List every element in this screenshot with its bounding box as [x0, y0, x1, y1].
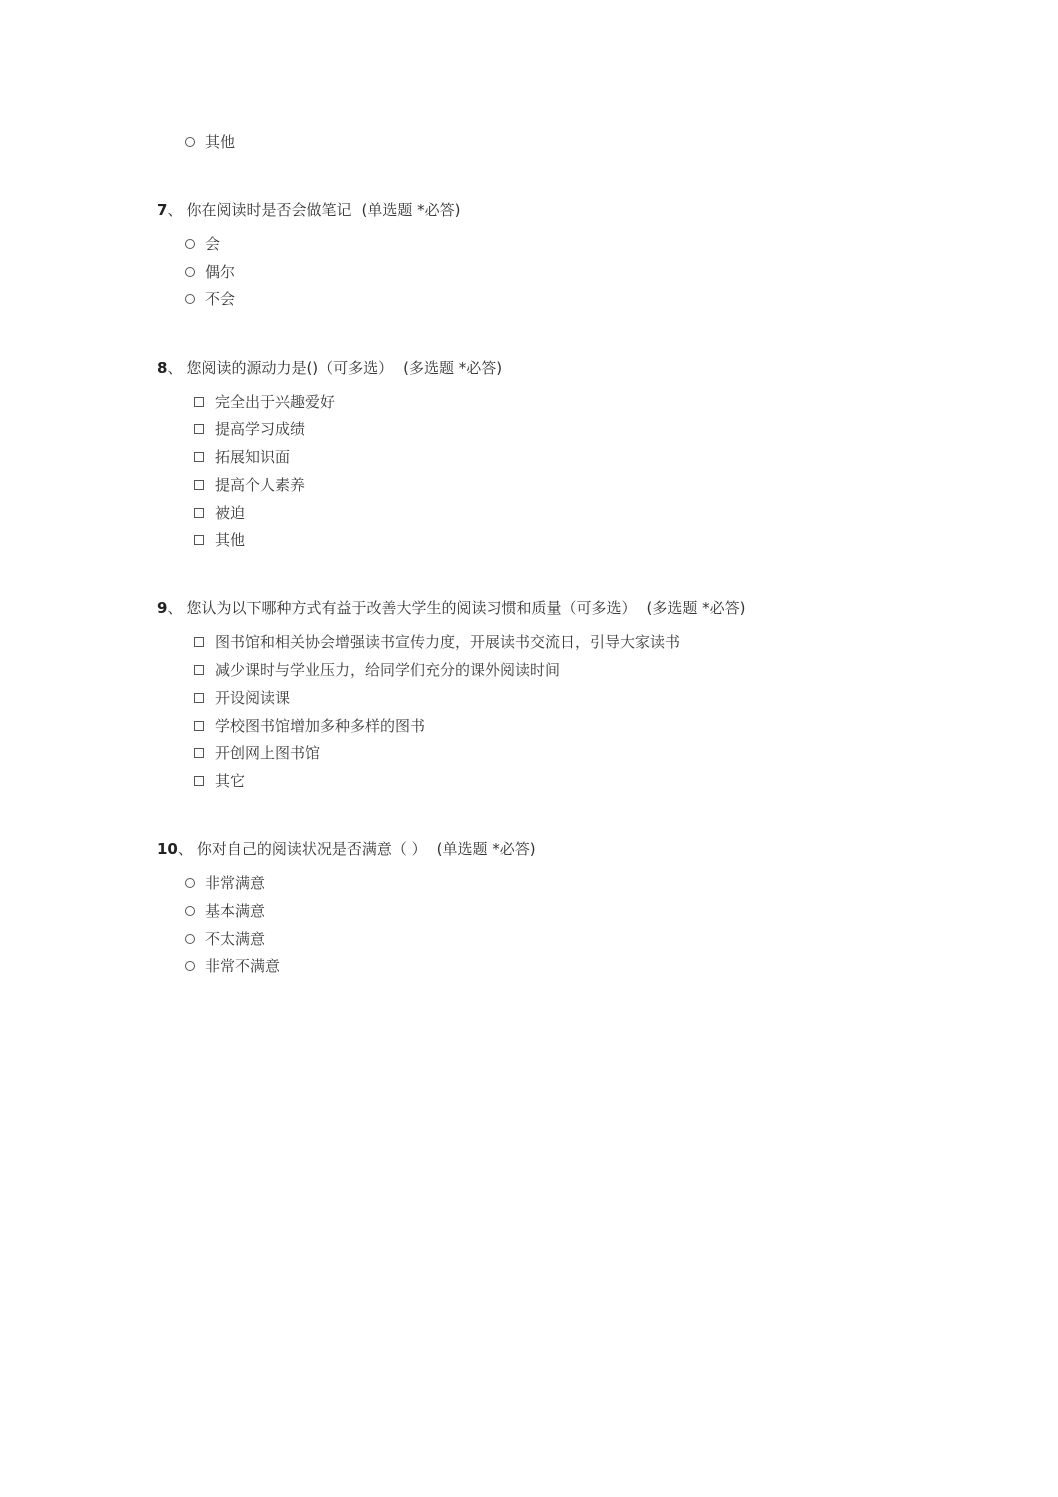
question-text: 您阅读的源动力是()（可多选） — [186, 359, 393, 377]
checkbox-square-icon[interactable] — [194, 748, 204, 758]
checkbox-option[interactable]: 减少课时与学业压力，给同学们充分的课外阅读时间 — [194, 659, 560, 681]
checkbox-square-icon[interactable] — [194, 776, 204, 786]
radio-option[interactable]: 基本满意 — [185, 900, 265, 922]
radio-circle-icon[interactable] — [185, 267, 195, 277]
radio-option[interactable]: 不太满意 — [185, 928, 265, 950]
question-9-title: 9、您认为以下哪种方式有益于改善大学生的阅读习惯和质量（可多选）(多选题 *必答… — [157, 597, 745, 619]
question-type: (多选题 *必答) — [403, 359, 502, 377]
checkbox-square-icon[interactable] — [194, 480, 204, 490]
radio-circle-icon[interactable] — [185, 294, 195, 304]
question-number: 8 — [157, 359, 167, 377]
question-text: 您认为以下哪种方式有益于改善大学生的阅读习惯和质量（可多选） — [186, 599, 636, 617]
radio-option[interactable]: 会 — [185, 233, 220, 255]
question-type: (多选题 *必答) — [646, 599, 745, 617]
checkbox-option[interactable]: 其他 — [194, 529, 245, 551]
checkbox-option[interactable]: 开设阅读课 — [194, 687, 290, 709]
option-label: 拓展知识面 — [215, 446, 290, 468]
checkbox-option[interactable]: 提高个人素养 — [194, 474, 305, 496]
checkbox-square-icon[interactable] — [194, 665, 204, 675]
option-label: 非常满意 — [205, 872, 265, 894]
checkbox-option[interactable]: 完全出于兴趣爱好 — [194, 391, 335, 413]
question-8-title: 8、您阅读的源动力是()（可多选）(多选题 *必答) — [157, 357, 502, 379]
checkbox-square-icon[interactable] — [194, 397, 204, 407]
option-label: 其他 — [215, 529, 245, 551]
radio-option[interactable]: 非常满意 — [185, 872, 265, 894]
radio-circle-icon[interactable] — [185, 239, 195, 249]
radio-option[interactable]: 不会 — [185, 288, 235, 310]
option-label: 其他 — [205, 131, 235, 153]
checkbox-option[interactable]: 其它 — [194, 770, 245, 792]
option-label: 被迫 — [215, 502, 245, 524]
radio-circle-icon[interactable] — [185, 878, 195, 888]
checkbox-option[interactable]: 拓展知识面 — [194, 446, 290, 468]
option-label: 其它 — [215, 770, 245, 792]
option-label: 不会 — [205, 288, 235, 310]
checkbox-square-icon[interactable] — [194, 424, 204, 434]
option-label: 开创网上图书馆 — [215, 742, 320, 764]
checkbox-option[interactable]: 开创网上图书馆 — [194, 742, 320, 764]
question-number: 9 — [157, 599, 167, 617]
checkbox-square-icon[interactable] — [194, 535, 204, 545]
option-label: 提高个人素养 — [215, 474, 305, 496]
option-label: 非常不满意 — [205, 955, 280, 977]
radio-circle-icon[interactable] — [185, 934, 195, 944]
checkbox-option[interactable]: 提高学习成绩 — [194, 418, 305, 440]
question-type: (单选题 *必答) — [361, 201, 460, 219]
option-label: 基本满意 — [205, 900, 265, 922]
question-text: 你在阅读时是否会做笔记 — [186, 201, 351, 219]
question-type: (单选题 *必答) — [437, 840, 536, 858]
radio-option[interactable]: 其他 — [185, 131, 235, 153]
checkbox-option[interactable]: 被迫 — [194, 502, 245, 524]
option-label: 学校图书馆增加多种多样的图书 — [215, 715, 425, 737]
option-label: 不太满意 — [205, 928, 265, 950]
option-label: 偶尔 — [205, 261, 235, 283]
option-label: 完全出于兴趣爱好 — [215, 391, 335, 413]
checkbox-square-icon[interactable] — [194, 637, 204, 647]
option-label: 会 — [205, 233, 220, 255]
option-label: 图书馆和相关协会增强读书宣传力度，开展读书交流日，引导大家读书 — [215, 631, 680, 653]
checkbox-square-icon[interactable] — [194, 452, 204, 462]
checkbox-option[interactable]: 图书馆和相关协会增强读书宣传力度，开展读书交流日，引导大家读书 — [194, 631, 680, 653]
radio-circle-icon[interactable] — [185, 961, 195, 971]
question-10-title: 10、你对自己的阅读状况是否满意（ ）(单选题 *必答) — [157, 838, 536, 860]
radio-circle-icon[interactable] — [185, 906, 195, 916]
option-label: 减少课时与学业压力，给同学们充分的课外阅读时间 — [215, 659, 560, 681]
question-7-title: 7、你在阅读时是否会做笔记(单选题 *必答) — [157, 199, 460, 221]
checkbox-square-icon[interactable] — [194, 693, 204, 703]
radio-circle-icon[interactable] — [185, 137, 195, 147]
checkbox-option[interactable]: 学校图书馆增加多种多样的图书 — [194, 715, 425, 737]
option-label: 提高学习成绩 — [215, 418, 305, 440]
option-label: 开设阅读课 — [215, 687, 290, 709]
question-number: 7 — [157, 201, 167, 219]
checkbox-square-icon[interactable] — [194, 721, 204, 731]
radio-option[interactable]: 非常不满意 — [185, 955, 280, 977]
question-text: 你对自己的阅读状况是否满意（ ） — [197, 840, 427, 858]
checkbox-square-icon[interactable] — [194, 508, 204, 518]
survey-page: 其他 7、你在阅读时是否会做笔记(单选题 *必答) 会 偶尔 不会 8、您阅读的… — [0, 0, 1058, 1497]
radio-option[interactable]: 偶尔 — [185, 261, 235, 283]
question-number: 10 — [157, 840, 178, 858]
